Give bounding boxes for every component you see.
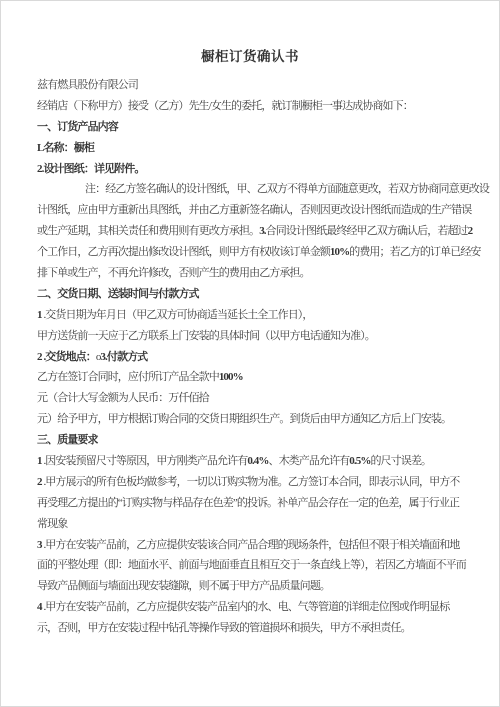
text-segment: 的尺寸误差。 — [370, 455, 431, 467]
document-line: 乙方在签订合同时，应付所订产品全款中100% — [37, 367, 473, 388]
document-line: 三、质量要求 — [37, 430, 473, 451]
document-line: 元）给予甲方，甲方根据订购合同的交货日期组织生产。到货后由甲方通知乙方后上门安装… — [37, 409, 473, 430]
document-line: 二、交货日期、送装时间与付款方式 — [37, 284, 473, 305]
text-segment: 兹有燃具股份有限公司 — [37, 79, 138, 91]
document-line: 经销店（下称甲方）接受（乙方）先生/女生的委托，就订制橱柜一事达成协商如下： — [37, 96, 473, 117]
document-line: 4 .甲方在安装产品前，乙方应提供安装产品室内的水、电、气等管道的详细走位图或作… — [37, 597, 473, 618]
document-line: 导致产品侧面与墙面出现安装缝隙，则不属于甲方产品质量问题。 — [37, 576, 473, 597]
document-line: 2.设计图纸：详见附件。 — [37, 159, 473, 180]
text-segment: 甲方送货前一天应于乙方联系上门安装的具体时间（以甲方电话通知为准）。 — [37, 330, 375, 342]
text-segment: 排下单或生产，不再允许修改，否则产生的费用由乙方承担。 — [37, 267, 310, 279]
text-segment: 注：经乙方签名确认的设计图纸，甲、乙双方不得单方面随意更改，若双方协商同意更改设 — [85, 183, 489, 195]
document-line: 2 .甲方展示的所有色板均做参考，一切以订购实物为准。乙方签订本合同，即表示认同… — [37, 472, 473, 493]
document-line: 或生产延期，其相关责任和费用则有更改方承担。3.合同设计图纸最终经甲乙双方确认后… — [37, 221, 473, 242]
text-segment: 个工作日，乙方再次提出修改设计图纸，则甲方有权收该订单金额 — [37, 246, 330, 258]
text-segment: 元）给予甲方，甲方根据订购合同的交货日期组织生产。到货后由甲方通知乙方后上门安装… — [37, 413, 451, 425]
text-segment: 常现象 — [37, 518, 67, 530]
text-segment: 10% — [330, 246, 349, 258]
text-segment: 再受理乙方提出的“订购实物与样品存在色差”的投诉。补单产品会存在一定的色差，属于… — [37, 497, 459, 509]
text-segment: .甲方在安装产品前，乙方应提供安装该合同产品合理的现场条件，包括但不限于相关墙面… — [43, 539, 459, 551]
text-segment: 经销店（下称甲方）接受（乙方）先生/女生的委托，就订制橱柜一事达成协商如下： — [37, 100, 413, 112]
text-segment: 导致产品侧面与墙面出现安装缝隙，则不属于甲方产品质量问题。 — [37, 580, 330, 592]
text-segment: .甲方展示的所有色板均做参考，一切以订购实物为准。乙方签订本合同，即表示认同，甲… — [43, 476, 459, 488]
text-segment: 示，否则，甲方在安装过程中钻孔等操作导致的管道损坏和损失，甲方不承担责任。 — [37, 622, 411, 634]
text-segment: .甲方在安装产品前，乙方应提供安装产品室内的水、电、气等管道的详细走位图或作明显… — [43, 601, 449, 613]
text-segment: 2.设计图纸：详见附件。 — [37, 163, 144, 175]
text-segment: 二、交货日期、送装时间与付款方式 — [37, 288, 199, 300]
document-line: 常现象 — [37, 514, 473, 535]
document-page: 橱柜订货确认书 兹有燃具股份有限公司经销店（下称甲方）接受（乙方）先生/女生的委… — [0, 0, 500, 707]
text-segment: 元（合计大写金额为人民币：万仟佰拾 — [37, 392, 209, 404]
text-segment: .交货日期为年月日（甲乙双方可协商适当延长土全工作日）， — [43, 309, 312, 321]
document-line: 一、订货产品内容 — [37, 117, 473, 138]
text-segment: 一、订货产品内容 — [37, 121, 118, 133]
text-segment: 0.4% — [247, 455, 268, 467]
document-line: 1 .交货日期为年月日（甲乙双方可协商适当延长土全工作日）， — [37, 305, 473, 326]
text-segment: .因安装预留尺寸等原因，甲方刚类产品允许有 — [43, 455, 247, 467]
document-line: 计图纸，应由甲方重新出具图纸，并由乙方重新签名确认，否则因更改设计图纸而造成的生… — [37, 200, 473, 221]
document-line: 元（合计大写金额为人民币：万仟佰拾 — [37, 388, 473, 409]
document-title: 橱柜订货确认书 — [1, 45, 499, 65]
document-line: 排下单或生产，不再允许修改，否则产生的费用由乙方承担。 — [37, 263, 473, 284]
text-segment: 三、质量要求 — [37, 434, 98, 446]
text-segment: 100% — [219, 371, 243, 383]
text-segment: 2 — [468, 225, 473, 237]
document-line: 2 .交货地点：o3.付款方式 — [37, 347, 473, 368]
text-segment: 合同设计图纸最终经甲乙双方确认后，若超过 — [266, 225, 468, 237]
document-line: 兹有燃具股份有限公司 — [37, 75, 473, 96]
document-line: 示，否则，甲方在安装过程中钻孔等操作导致的管道损坏和损失，甲方不承担责任。 — [37, 618, 473, 639]
text-segment: 3.付款方式 — [100, 351, 147, 363]
text-segment: 的费用；若乙方的订单已经安 — [349, 246, 480, 258]
document-body: 兹有燃具股份有限公司经销店（下称甲方）接受（乙方）先生/女生的委托，就订制橱柜一… — [37, 75, 473, 639]
text-segment: 计图纸，应由甲方重新出具图纸，并由乙方重新签名确认，否则因更改设计图纸而造成的生… — [37, 204, 471, 216]
document-line: L名称：橱柜 — [37, 138, 473, 159]
document-line: 注：经乙方签名确认的设计图纸，甲、乙双方不得单方面随意更改，若双方协商同意更改设 — [37, 179, 473, 200]
text-segment: 、木类产品允许有 — [268, 455, 349, 467]
document-line: 1 .因安装预留尺寸等原因，甲方刚类产品允许有0.4%、木类产品允许有0.5%的… — [37, 451, 473, 472]
document-line: 个工作日，乙方再次提出修改设计图纸，则甲方有权收该订单金额10%的费用；若乙方的… — [37, 242, 473, 263]
text-segment: 0.5% — [349, 455, 370, 467]
text-segment: 或生产延期，其相关责任和费用则有更改方承担。 — [37, 225, 259, 237]
text-segment: 2 .交货地点： — [37, 351, 96, 363]
document-line: 3 .甲方在安装产品前，乙方应提供安装该合同产品合理的现场条件，包括但不限于相关… — [37, 535, 473, 556]
document-line: 再受理乙方提出的“订购实物与样品存在色差”的投诉。补单产品会存在一定的色差，属于… — [37, 493, 473, 514]
document-line: 甲方送货前一天应于乙方联系上门安装的具体时间（以甲方电话通知为准）。 — [37, 326, 473, 347]
text-segment: 乙方在签订合同时，应付所订产品全款中 — [37, 371, 219, 383]
document-line: 面的平整处理（即：地面水平、前面与地面垂直且相互交于一条直线上等），若因乙方墙面… — [37, 555, 473, 576]
text-segment: L名称：橱柜 — [37, 142, 94, 154]
text-segment: 面的平整处理（即：地面水平、前面与地面垂直且相互交于一条直线上等），若因乙方墙面… — [37, 559, 466, 571]
